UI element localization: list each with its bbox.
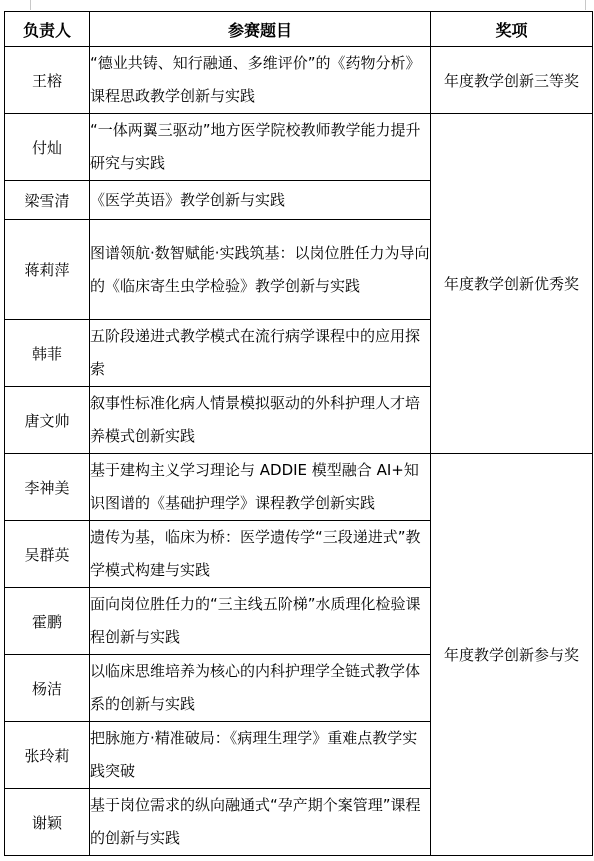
person-cell: 蒋莉萍: [5, 220, 90, 320]
person-cell: 霍鹏: [5, 588, 90, 655]
title-cell: 遗传为基，临床为桥：医学遗传学“三段递进式”教学模式构建与实践: [90, 521, 431, 588]
title-cell: 五阶段递进式教学模式在流行病学课程中的应用探索: [90, 320, 431, 387]
person-cell: 韩菲: [5, 320, 90, 387]
title-cell: 图谱领航·数智赋能·实践筑基：以岗位胜任力为导向的《临床寄生虫学检验》教学创新与…: [90, 220, 431, 320]
person-cell: 梁雪清: [5, 181, 90, 220]
title-cell: “一体两翼三驱动”地方医学院校教师教学能力提升研究与实践: [90, 114, 431, 181]
award-cell-third: 年度教学创新三等奖: [431, 47, 593, 114]
person-cell: 付灿: [5, 114, 90, 181]
title-cell: 面向岗位胜任力的“三主线五阶梯”水质理化检验课程创新与实践: [90, 588, 431, 655]
title-cell: 以临床思维培养为核心的内科护理学全链式教学体系的创新与实践: [90, 655, 431, 722]
title-cell: 把脉施方·精准破局：《病理生理学》重难点教学实践突破: [90, 722, 431, 789]
header-row: 负责人 参赛题目 奖项: [5, 12, 593, 47]
title-cell: 基于建构主义学习理论与 ADDIE 模型融合 AI+知识图谱的《基础护理学》课程…: [90, 454, 431, 521]
table-row: 李神美 基于建构主义学习理论与 ADDIE 模型融合 AI+知识图谱的《基础护理…: [5, 454, 593, 521]
header-award: 奖项: [431, 12, 593, 47]
page-margin-mark-left: [30, 0, 31, 10]
person-cell: 王榕: [5, 47, 90, 114]
award-cell-participation: 年度教学创新参与奖: [431, 454, 593, 856]
header-person: 负责人: [5, 12, 90, 47]
award-table: 负责人 参赛题目 奖项 王榕 “德业共铸、知行融通、多维评价”的《药物分析》课程…: [4, 11, 593, 856]
table-row: 王榕 “德业共铸、知行融通、多维评价”的《药物分析》课程思政教学创新与实践 年度…: [5, 47, 593, 114]
person-cell: 张玲莉: [5, 722, 90, 789]
person-cell: 杨洁: [5, 655, 90, 722]
person-cell: 李神美: [5, 454, 90, 521]
award-cell-excellent: 年度教学创新优秀奖: [431, 114, 593, 454]
header-title: 参赛题目: [90, 12, 431, 47]
person-cell: 唐文帅: [5, 387, 90, 454]
title-cell: 基于岗位需求的纵向融通式“孕产期个案管理”课程的创新与实践: [90, 789, 431, 856]
title-cell: 《医学英语》教学创新与实践: [90, 181, 431, 220]
title-cell: 叙事性标准化病人情景模拟驱动的外科护理人才培养模式创新实践: [90, 387, 431, 454]
page-margin-mark-right: [585, 0, 586, 10]
person-cell: 吴群英: [5, 521, 90, 588]
table-row: 付灿 “一体两翼三驱动”地方医学院校教师教学能力提升研究与实践 年度教学创新优秀…: [5, 114, 593, 181]
person-cell: 谢颖: [5, 789, 90, 856]
title-cell: “德业共铸、知行融通、多维评价”的《药物分析》课程思政教学创新与实践: [90, 47, 431, 114]
